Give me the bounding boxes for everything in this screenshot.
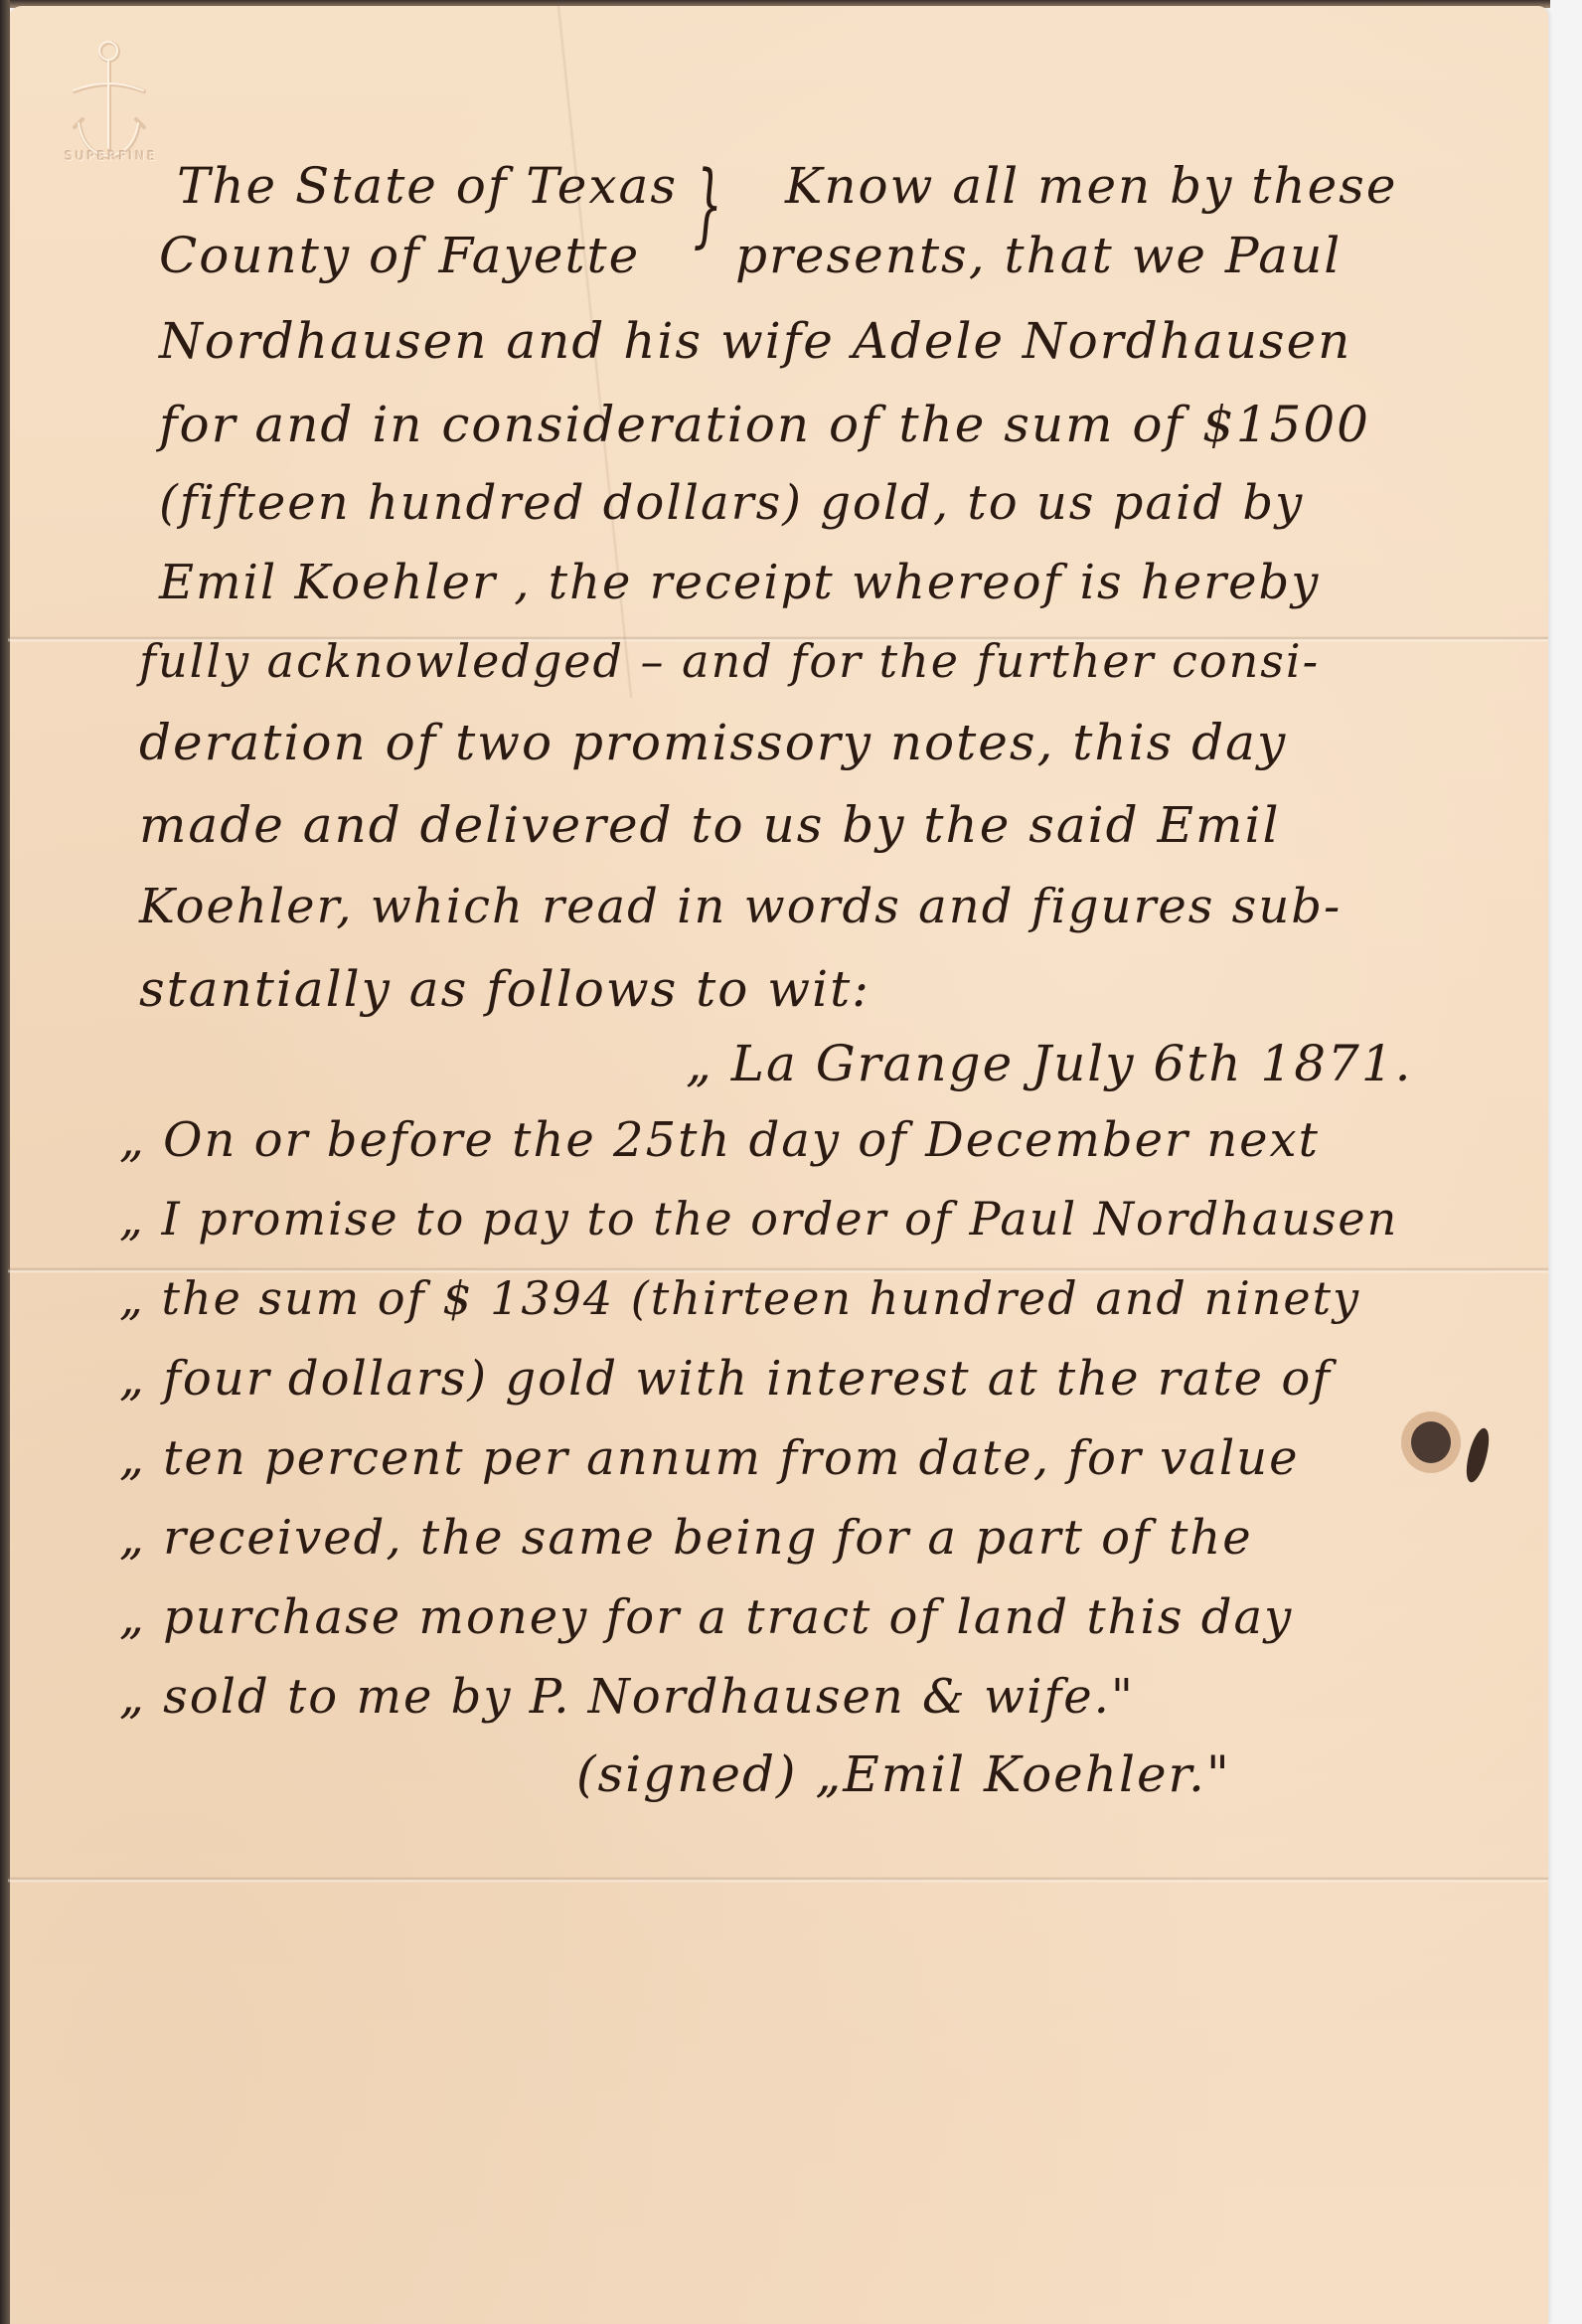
signature-line: (signed) „Emil Koehler." [576,1749,1231,1799]
text-line: „ four dollars) gold with interest at th… [119,1355,1332,1403]
text-line: Emil Koehler , the receipt whereof is he… [159,559,1320,606]
heading-state: The State of Texas [177,161,678,211]
text-line: Nordhausen and his wife Adele Nordhausen [159,316,1351,366]
text-line: presents, that we Paul [735,231,1342,280]
text-line: deration of two promissory notes, this d… [139,718,1287,767]
text-line: „ I promise to pay to the order of Paul … [119,1196,1398,1242]
text-line: made and delivered to us by the said Emi… [139,800,1280,850]
text-line: „ sold to me by P. Nordhausen & wife." [119,1673,1135,1721]
fold-crease [8,1877,1548,1883]
text-line: „ On or before the 25th day of December … [119,1116,1320,1164]
text-line: Koehler, which read in words and figures… [139,883,1342,930]
ink-blot [1411,1421,1451,1463]
text-line: fully acknowledged – and for the further… [139,638,1320,684]
note-date: „ La Grange July 6th 1871. [686,1039,1413,1088]
text-line: „ the sum of $ 1394 (thirteen hundred an… [119,1275,1360,1321]
text-line: Know all men by these [785,161,1397,211]
text-line: „ received, the same being for a part of… [119,1514,1253,1562]
heading-brace: } [694,159,722,250]
heading-county: County of Fayette [159,231,640,280]
text-line: stantially as follows to wit: [139,964,870,1014]
text-line: „ ten percent per annum from date, for v… [119,1434,1300,1482]
text-line: „ purchase money for a tract of land thi… [119,1593,1293,1641]
scan-left-edge [0,0,10,2324]
text-line: for and in consideration of the sum of $… [159,400,1370,449]
emboss-stamp-text: SUPERFINE [62,149,161,163]
text-line: (fifteen hundred dollars) gold, to us pa… [159,479,1304,527]
